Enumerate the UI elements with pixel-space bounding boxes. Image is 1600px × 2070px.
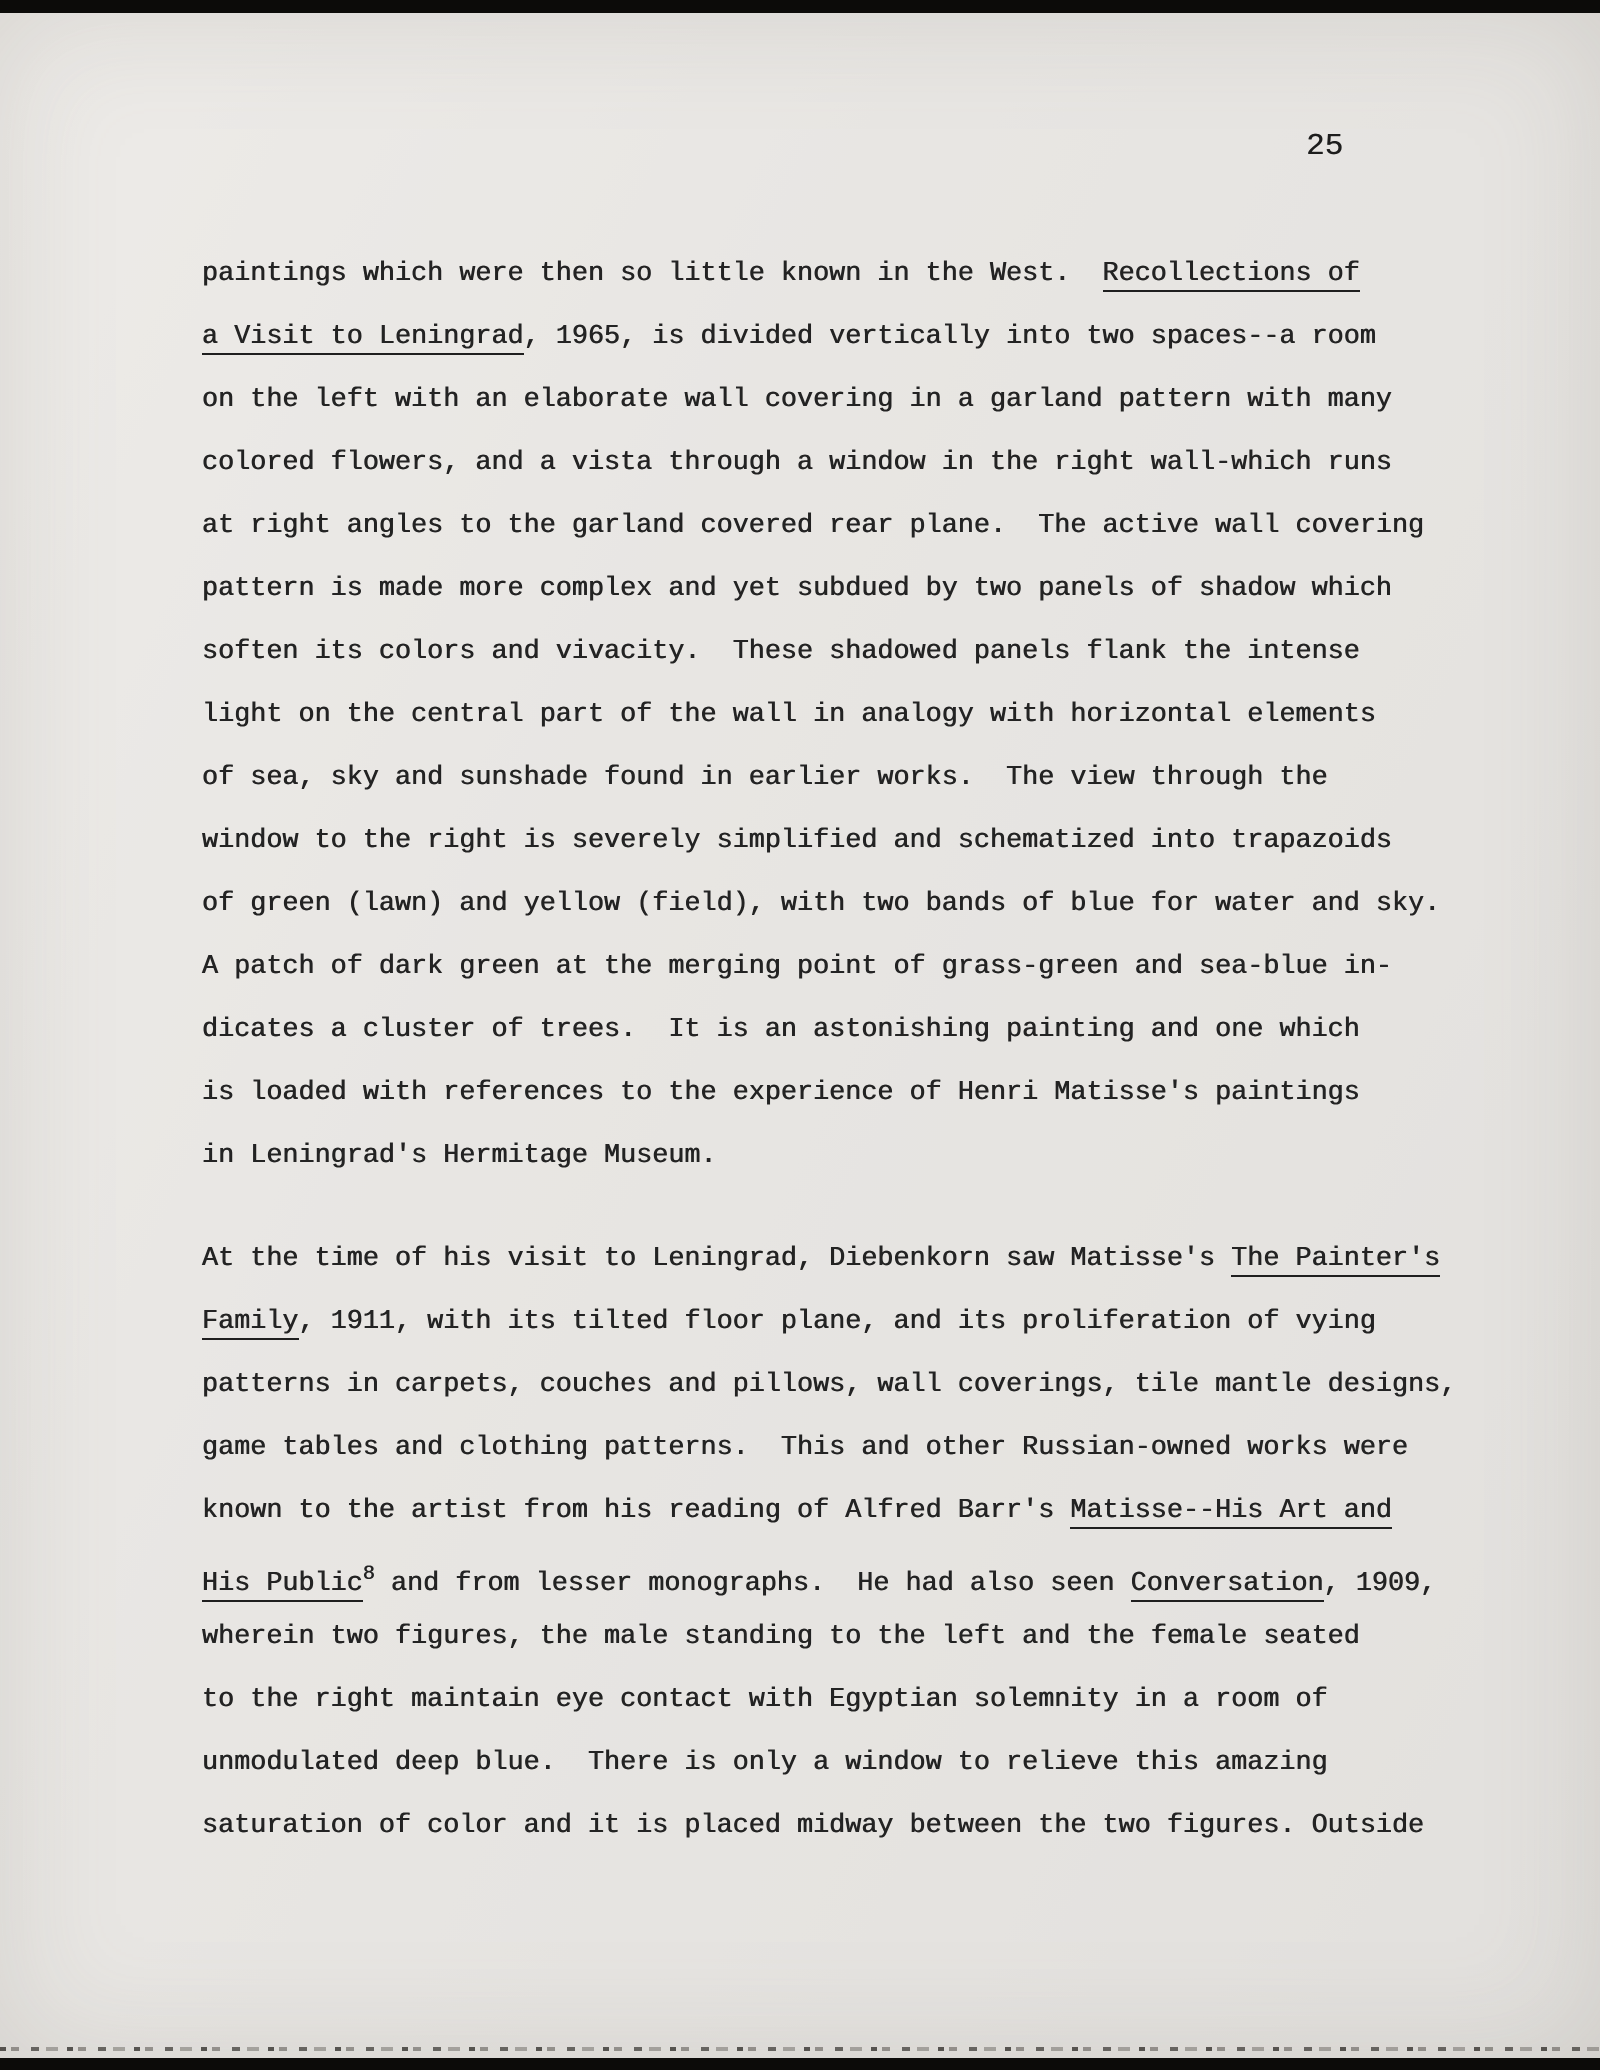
- text-line: paintings which were then so little know…: [202, 243, 1502, 306]
- text-run: soften its colors and vivacity. These sh…: [202, 637, 1360, 667]
- text-line: of green (lawn) and yellow (field), with…: [202, 873, 1502, 936]
- footnote-ref: 8: [363, 1563, 375, 1586]
- underlined-title: Family: [202, 1307, 299, 1340]
- text-line: window to the right is severely simplifi…: [202, 810, 1502, 873]
- text-run: , 1911, with its tilted floor plane, and…: [299, 1307, 1376, 1337]
- text-run: A patch of dark green at the merging poi…: [202, 952, 1392, 982]
- text-run: colored flowers, and a vista through a w…: [202, 448, 1392, 478]
- scan-edge-artifact: [0, 2047, 1600, 2051]
- typed-text-block: paintings which were then so little know…: [202, 243, 1502, 1858]
- text-run: unmodulated deep blue. There is only a w…: [202, 1748, 1328, 1778]
- underlined-title: The Painter's: [1231, 1244, 1440, 1277]
- text-line: wherein two figures, the male standing t…: [202, 1606, 1502, 1669]
- text-run: known to the artist from his reading of …: [202, 1496, 1070, 1526]
- text-run: to the right maintain eye contact with E…: [202, 1685, 1328, 1715]
- text-run: , 1965, is divided vertically into two s…: [524, 322, 1376, 352]
- text-line: known to the artist from his reading of …: [202, 1480, 1502, 1543]
- text-line: At the time of his visit to Leningrad, D…: [202, 1228, 1502, 1291]
- text-line: of sea, sky and sunshade found in earlie…: [202, 747, 1502, 810]
- text-run: saturation of color and it is placed mid…: [202, 1811, 1424, 1841]
- text-line: A patch of dark green at the merging poi…: [202, 936, 1502, 999]
- text-run: pattern is made more complex and yet sub…: [202, 574, 1392, 604]
- text-line: colored flowers, and a vista through a w…: [202, 432, 1502, 495]
- text-line: patterns in carpets, couches and pillows…: [202, 1354, 1502, 1417]
- text-line: is loaded with references to the experie…: [202, 1062, 1502, 1125]
- text-run: , 1909,: [1324, 1569, 1437, 1599]
- text-run: on the left with an elaborate wall cover…: [202, 385, 1392, 415]
- text-line: in Leningrad's Hermitage Museum.: [202, 1125, 1502, 1188]
- text-run: of green (lawn) and yellow (field), with…: [202, 889, 1440, 919]
- text-run: dicates a cluster of trees. It is an ast…: [202, 1015, 1360, 1045]
- text-line: unmodulated deep blue. There is only a w…: [202, 1732, 1502, 1795]
- text-run: and from lesser monographs. He had also …: [375, 1569, 1131, 1599]
- text-line: saturation of color and it is placed mid…: [202, 1795, 1502, 1858]
- text-run: game tables and clothing patterns. This …: [202, 1433, 1408, 1463]
- text-line: to the right maintain eye contact with E…: [202, 1669, 1502, 1732]
- text-run: light on the central part of the wall in…: [202, 700, 1376, 730]
- text-run: of sea, sky and sunshade found in earlie…: [202, 763, 1328, 793]
- text-line: light on the central part of the wall in…: [202, 684, 1502, 747]
- text-run: paintings which were then so little know…: [202, 259, 1103, 289]
- text-run: window to the right is severely simplifi…: [202, 826, 1392, 856]
- text-run: in Leningrad's Hermitage Museum.: [202, 1141, 717, 1171]
- underlined-title: His Public: [202, 1569, 363, 1602]
- text-line: dicates a cluster of trees. It is an ast…: [202, 999, 1502, 1062]
- underlined-title: a Visit to Leningrad: [202, 322, 524, 355]
- text-line: on the left with an elaborate wall cover…: [202, 369, 1502, 432]
- text-line: game tables and clothing patterns. This …: [202, 1417, 1502, 1480]
- scanned-typescript-page: { "colors": { "paper": "#e8e6e3", "ink":…: [0, 0, 1600, 2070]
- text-run: is loaded with references to the experie…: [202, 1078, 1360, 1108]
- text-line: at right angles to the garland covered r…: [202, 495, 1502, 558]
- paragraph-2: At the time of his visit to Leningrad, D…: [202, 1228, 1502, 1858]
- underlined-title: Conversation: [1131, 1569, 1324, 1602]
- text-line: a Visit to Leningrad, 1965, is divided v…: [202, 306, 1502, 369]
- paragraph-1: paintings which were then so little know…: [202, 243, 1502, 1188]
- text-line: Family, 1911, with its tilted floor plan…: [202, 1291, 1502, 1354]
- text-line: His Public8 and from lesser monographs. …: [202, 1543, 1502, 1606]
- text-line: soften its colors and vivacity. These sh…: [202, 621, 1502, 684]
- document-page: 25 paintings which were then so little k…: [0, 13, 1600, 2058]
- text-run: At the time of his visit to Leningrad, D…: [202, 1244, 1231, 1274]
- page-number: 25: [1306, 129, 1343, 164]
- text-line: pattern is made more complex and yet sub…: [202, 558, 1502, 621]
- text-run: at right angles to the garland covered r…: [202, 511, 1424, 541]
- text-run: patterns in carpets, couches and pillows…: [202, 1370, 1456, 1400]
- underlined-title: Recollections of: [1103, 259, 1360, 292]
- text-run: wherein two figures, the male standing t…: [202, 1622, 1360, 1652]
- underlined-title: Matisse--His Art and: [1070, 1496, 1392, 1529]
